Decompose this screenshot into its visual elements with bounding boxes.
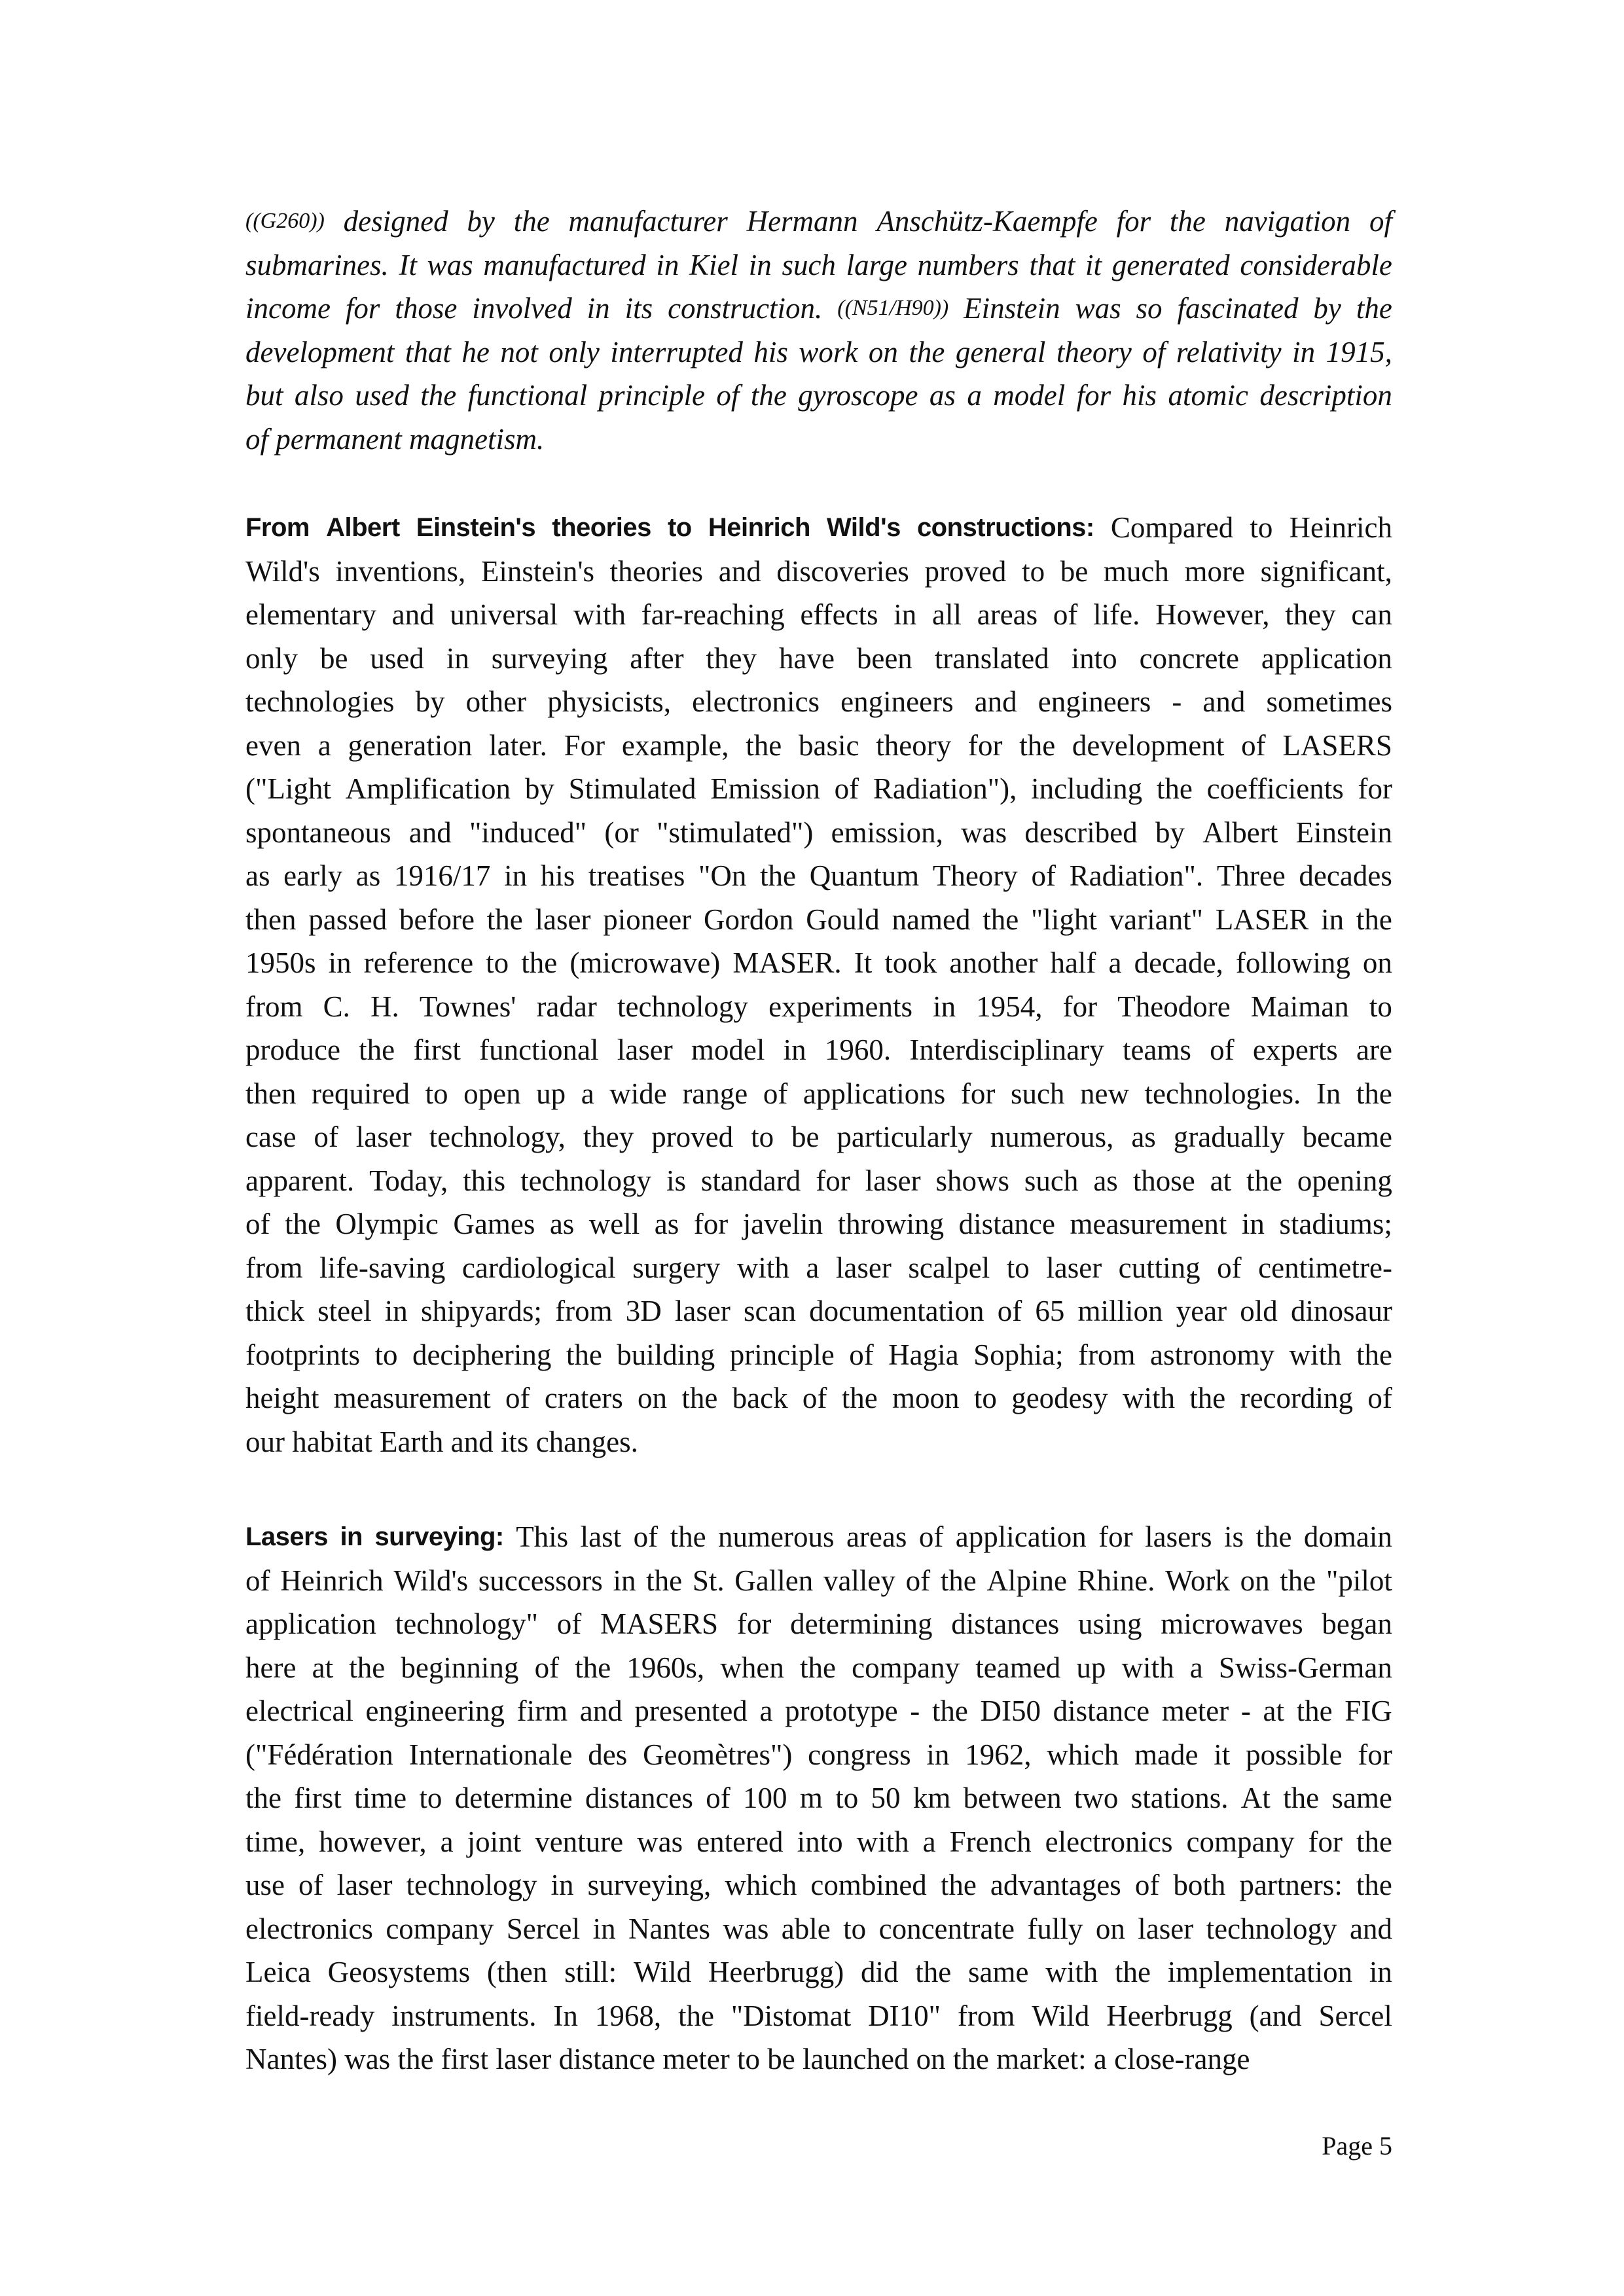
- word: into: [1072, 637, 1117, 681]
- word: electrical: [245, 1689, 353, 1733]
- word: concrete: [1140, 637, 1239, 681]
- paragraph-lasers-in-surveying: Lasersinsurveying:Thislastofthenumerousa…: [245, 1515, 1392, 2081]
- word: still:: [564, 1950, 617, 1994]
- section-lead-heading: in: [340, 1515, 363, 1559]
- section-lead-heading: Einstein's: [416, 506, 535, 550]
- text-line: hereatthebeginningofthe1960s,whenthecomp…: [245, 1646, 1392, 1690]
- word: a: [1094, 2037, 1107, 2081]
- text-line: apparent.Today,thistechnologyisstandardf…: [245, 1159, 1392, 1203]
- word: in: [385, 1289, 408, 1333]
- word: Gallen: [734, 1559, 813, 1603]
- word: geodesy: [1011, 1376, 1108, 1420]
- word: for: [816, 1159, 850, 1203]
- word: moon: [892, 1376, 960, 1420]
- word: of: [1369, 200, 1392, 243]
- text-line: oftheOlympicGamesaswellasforjavelinthrow…: [245, 1202, 1392, 1246]
- word: Theory: [933, 854, 1018, 898]
- word: all: [932, 593, 962, 637]
- word: 1915,: [1326, 331, 1392, 374]
- word: half: [1050, 941, 1096, 985]
- word: the: [1157, 767, 1193, 811]
- word: in: [587, 287, 610, 331]
- document-page: ((G260))designedbythemanufacturerHermann…: [0, 0, 1624, 2296]
- word: of: [298, 1863, 323, 1907]
- word: Emission: [710, 767, 820, 811]
- word: laser: [1138, 1907, 1193, 1951]
- word: stations.: [1131, 1776, 1229, 1820]
- word: in: [593, 1907, 616, 1951]
- word: of: [1031, 854, 1056, 898]
- word: was: [427, 243, 473, 287]
- word: km: [913, 1776, 951, 1820]
- word: for: [1098, 1515, 1132, 1559]
- word: elementary: [245, 593, 376, 637]
- word: model: [691, 1028, 765, 1072]
- word: general: [956, 331, 1045, 374]
- word: model: [993, 374, 1065, 418]
- word: his: [753, 331, 788, 374]
- word: much: [1104, 550, 1169, 594]
- word: 50: [871, 1776, 901, 1820]
- word: pioneer: [603, 898, 691, 942]
- word: in: [1242, 1202, 1265, 1246]
- word: of: [1053, 593, 1078, 637]
- word: our: [245, 1420, 285, 1464]
- word: to: [425, 1072, 448, 1116]
- word: instruments.: [391, 1994, 536, 2038]
- word: and: [1202, 680, 1245, 724]
- word: required: [312, 1072, 410, 1116]
- text-line: Lasersinsurveying:Thislastofthenumerousa…: [245, 1515, 1392, 1559]
- word: using: [1078, 1602, 1142, 1646]
- word: named: [892, 898, 971, 942]
- word: been: [857, 637, 912, 681]
- word: became: [1303, 1115, 1392, 1159]
- word: spontaneous: [245, 811, 391, 855]
- word: with: [573, 593, 626, 637]
- text-line: ("LightAmplificationbyStimulatedEmission…: [245, 767, 1392, 811]
- word: Quantum: [810, 854, 919, 898]
- word: Sophia;: [973, 1333, 1064, 1377]
- word: with: [1122, 1646, 1174, 1690]
- text-line: Nantes)wasthefirstlaserdistancemetertobe…: [245, 2037, 1392, 2081]
- word: Heerbrugg): [708, 1950, 844, 1994]
- word: congress: [808, 1733, 911, 1777]
- word: beginning: [401, 1646, 518, 1690]
- word: that: [405, 331, 451, 374]
- word: ("Fédération: [245, 1733, 393, 1777]
- word: fully: [1027, 1907, 1083, 1951]
- word: such: [782, 243, 836, 287]
- word: documentation: [809, 1289, 984, 1333]
- word: numbers: [918, 243, 1019, 287]
- word: large: [846, 243, 907, 287]
- word: sometimes: [1267, 680, 1392, 724]
- word: possible: [1246, 1733, 1343, 1777]
- word: its: [625, 287, 653, 331]
- section-lead-heading: Heinrich: [708, 506, 810, 550]
- word: the: [1283, 1776, 1319, 1820]
- word: another: [949, 941, 1038, 985]
- word: in: [504, 854, 527, 898]
- word: the: [1280, 1559, 1316, 1603]
- word: permanent: [276, 418, 401, 461]
- word: but: [245, 374, 283, 418]
- word: did: [861, 1950, 899, 1994]
- word: implementation: [1168, 1950, 1352, 1994]
- word: valley: [823, 1559, 895, 1603]
- word: to: [1022, 550, 1045, 594]
- word: principle: [730, 1333, 835, 1377]
- word: by: [416, 680, 445, 724]
- word: measurement: [1070, 1202, 1227, 1246]
- word: to: [419, 1776, 442, 1820]
- word: laser: [356, 1115, 412, 1159]
- word: technologies.: [1145, 1072, 1301, 1116]
- word: partners:: [1239, 1863, 1342, 1907]
- word: into: [797, 1820, 843, 1864]
- word: functional: [468, 374, 587, 418]
- word: proved: [924, 550, 1006, 594]
- word: fascinated: [1178, 287, 1299, 331]
- word: then: [245, 1072, 296, 1116]
- word: In: [1316, 1072, 1341, 1116]
- word: experts: [1253, 1028, 1338, 1072]
- word: "light: [1031, 898, 1097, 942]
- word: launched: [803, 2037, 909, 2081]
- text-line: useoflasertechnologyinsurveying,whichcom…: [245, 1863, 1392, 1907]
- word: first: [294, 1776, 342, 1820]
- word: to: [974, 1376, 997, 1420]
- word: a: [441, 1820, 454, 1864]
- word: Heinrich: [280, 1559, 383, 1603]
- word: scan: [744, 1289, 796, 1333]
- word: and: [1350, 1907, 1392, 1951]
- word: steel: [317, 1289, 371, 1333]
- word: atomic: [1168, 374, 1248, 418]
- word: "On: [698, 854, 746, 898]
- word: for: [346, 287, 380, 331]
- word: they: [583, 1115, 634, 1159]
- word: was: [1075, 287, 1121, 331]
- word: surveying: [492, 637, 607, 681]
- word: the: [751, 374, 787, 418]
- word: of: [1142, 331, 1165, 374]
- word: 1962,: [965, 1733, 1031, 1777]
- word: MASER.: [732, 941, 841, 985]
- word: for: [1077, 374, 1111, 418]
- word: of: [535, 1646, 560, 1690]
- word: company: [386, 1907, 494, 1951]
- word: relativity: [1176, 331, 1282, 374]
- word: ("Light: [245, 767, 331, 811]
- word: engineers: [1038, 680, 1151, 724]
- word: two: [1074, 1776, 1119, 1820]
- section-lead-heading: theories: [552, 506, 651, 550]
- word: "Distomat: [731, 1994, 851, 2038]
- word: was: [961, 811, 1007, 855]
- word: This: [516, 1515, 568, 1559]
- word: those: [1133, 1159, 1195, 1203]
- word: only: [549, 331, 599, 374]
- word: same: [1331, 1776, 1392, 1820]
- word: to: [486, 941, 509, 985]
- word: shipyards;: [421, 1289, 542, 1333]
- text-line: 1950sinreferencetothe(microwave)MASER.It…: [245, 941, 1392, 985]
- word: interrupted: [610, 331, 742, 374]
- word: with: [857, 1820, 909, 1864]
- word: of: [763, 1072, 788, 1116]
- word: Geomètres"): [643, 1733, 792, 1777]
- word: for: [961, 1072, 995, 1116]
- word: H.: [370, 985, 399, 1029]
- word: navigation: [1225, 200, 1350, 243]
- word: areas: [977, 593, 1038, 637]
- word: to: [374, 1333, 397, 1377]
- word: concentrate: [879, 1907, 1015, 1951]
- word: dinosaur: [1291, 1289, 1392, 1333]
- word: of: [906, 1559, 931, 1603]
- word: Gordon: [704, 898, 793, 942]
- word: Alpine: [986, 1559, 1066, 1603]
- word: work: [799, 331, 857, 374]
- word: the: [760, 854, 796, 898]
- word: a: [318, 724, 331, 768]
- word: opening: [1297, 1159, 1392, 1203]
- word: of: [634, 1515, 659, 1559]
- word: height: [245, 1376, 319, 1420]
- word: of: [1367, 1376, 1392, 1420]
- word: the: [1246, 1159, 1282, 1203]
- word: meter: [1162, 1689, 1229, 1733]
- word: development: [1072, 724, 1224, 768]
- word: distance: [1053, 1689, 1149, 1733]
- word: gradually: [1174, 1115, 1285, 1159]
- word: on: [1240, 1559, 1270, 1603]
- word: this: [463, 1159, 505, 1203]
- word: as: [1131, 1115, 1156, 1159]
- word: here: [245, 1646, 296, 1690]
- word: Wild: [634, 1950, 691, 1994]
- word: with: [737, 1246, 789, 1290]
- section-lead-heading: Wild's: [827, 506, 901, 550]
- word: application: [956, 1515, 1087, 1559]
- word: Compared: [1111, 506, 1233, 550]
- word: case: [245, 1115, 296, 1159]
- word: shows: [935, 1159, 1009, 1203]
- word: however,: [319, 1820, 426, 1864]
- word: they: [1285, 593, 1335, 637]
- word: (microwave): [569, 941, 720, 985]
- word: to: [1369, 985, 1392, 1029]
- word: and: [392, 593, 435, 637]
- word: the: [1356, 1072, 1392, 1116]
- word: from: [245, 985, 302, 1029]
- text-line: ofpermanentmagnetism.: [245, 418, 1392, 461]
- word: by: [1313, 287, 1341, 331]
- word: development: [245, 331, 394, 374]
- text-line: thefirsttimetodeterminedistancesof100mto…: [245, 1776, 1392, 1820]
- word: the: [1170, 200, 1206, 243]
- word: old: [1240, 1289, 1278, 1333]
- word: the: [521, 941, 557, 985]
- word: of: [1217, 1246, 1242, 1290]
- word: electronics: [692, 680, 820, 724]
- text-line: ((G260))designedbythemanufacturerHermann…: [245, 200, 1392, 243]
- word: the: [397, 2037, 433, 2081]
- word: cutting: [1119, 1246, 1200, 1290]
- word: the: [953, 2037, 989, 2081]
- word: technology": [395, 1602, 538, 1646]
- word: decades: [1299, 854, 1392, 898]
- word: of: [314, 1115, 338, 1159]
- word: the: [1356, 1820, 1392, 1864]
- text-line: ("FédérationInternationaledesGeomètres")…: [245, 1733, 1392, 1777]
- word: technology: [520, 1159, 651, 1203]
- word: so: [1136, 287, 1163, 331]
- word: he: [461, 331, 489, 374]
- word: manufacturer: [568, 200, 727, 243]
- word: the: [1255, 1515, 1291, 1559]
- word: on: [869, 331, 898, 374]
- word: the: [1297, 1689, 1333, 1733]
- word: reference: [364, 941, 473, 985]
- word: determine: [455, 1776, 573, 1820]
- word: in: [656, 243, 679, 287]
- word: radar: [536, 985, 596, 1029]
- word: domain: [1304, 1515, 1392, 1559]
- word: for: [737, 1602, 771, 1646]
- word: made: [1134, 1733, 1198, 1777]
- word: C.: [323, 985, 350, 1029]
- text-line: spontaneousand"induced"(or"stimulated")e…: [245, 811, 1392, 855]
- section-lead-heading: constructions:: [917, 506, 1094, 550]
- word: (or: [604, 811, 638, 855]
- word: gyroscope: [798, 374, 918, 418]
- word: laser: [496, 2037, 551, 2081]
- text-line: thicksteelinshipyards;from3Dlaserscandoc…: [245, 1289, 1392, 1333]
- word: far-reaching: [641, 593, 785, 637]
- word: craters: [545, 1376, 623, 1420]
- paragraph-einstein-to-wild: FromAlbertEinstein'stheoriestoHeinrichWi…: [245, 506, 1392, 1463]
- word: was: [637, 1820, 683, 1864]
- word: universal: [450, 593, 558, 637]
- word: the: [1356, 1863, 1392, 1907]
- word: firm: [517, 1689, 568, 1733]
- word: cardiological: [462, 1246, 616, 1290]
- word: Gould: [806, 898, 880, 942]
- word: the: [487, 898, 523, 942]
- word: which: [725, 1863, 797, 1907]
- word: involved: [472, 287, 571, 331]
- word: standard: [701, 1159, 801, 1203]
- word: to: [1007, 1246, 1030, 1290]
- word: venture: [535, 1820, 623, 1864]
- word: Radiation"),: [873, 767, 1017, 811]
- text-line: ourhabitatEarthanditschanges.: [245, 1420, 1392, 1464]
- word: the: [842, 1376, 878, 1420]
- word: company: [1187, 1820, 1295, 1864]
- word: the: [670, 1515, 706, 1559]
- word: generation: [348, 724, 472, 768]
- word: then: [245, 898, 296, 942]
- text-line: FromAlbertEinstein'stheoriestoHeinrichWi…: [245, 506, 1392, 550]
- word: effects: [800, 593, 878, 637]
- word: proved: [651, 1115, 733, 1159]
- word: million: [1078, 1289, 1163, 1333]
- word: 65: [1035, 1289, 1064, 1333]
- word: the: [1115, 1950, 1151, 1994]
- word: of: [706, 1776, 731, 1820]
- word: laser: [535, 898, 591, 942]
- text-line: evenagenerationlater.Forexample,thebasic…: [245, 724, 1392, 768]
- word: as: [356, 854, 381, 898]
- word: life-saving: [319, 1246, 445, 1290]
- word: decade,: [1134, 941, 1223, 985]
- word: submarines.: [245, 243, 389, 287]
- word: Wild: [1032, 1994, 1089, 2038]
- word: thick: [245, 1289, 304, 1333]
- word: from: [1078, 1333, 1135, 1377]
- word: range: [682, 1072, 748, 1116]
- word: of: [1210, 1028, 1235, 1072]
- word: Townes': [420, 985, 516, 1029]
- section-lead-heading: Lasers: [245, 1515, 328, 1559]
- word: including: [1031, 767, 1142, 811]
- word: the: [1356, 898, 1392, 942]
- word: considerable: [1240, 243, 1392, 287]
- word: not: [500, 331, 538, 374]
- word: 1954,: [976, 985, 1042, 1029]
- section-lead-heading: Albert: [326, 506, 400, 550]
- word: income: [245, 287, 331, 331]
- word: Stimulated: [569, 767, 696, 811]
- word: emission,: [831, 811, 943, 855]
- word: well: [589, 1202, 640, 1246]
- word: time,: [245, 1820, 305, 1864]
- word: back: [732, 1376, 788, 1420]
- word: between: [964, 1776, 1062, 1820]
- text-line: fromC.H.Townes'radartechnologyexperiment…: [245, 985, 1392, 1029]
- word: Nantes): [245, 2037, 337, 2081]
- text-line: incomeforthoseinvolvedinitsconstruction.…: [245, 287, 1392, 331]
- word: up: [1076, 1646, 1106, 1690]
- word: first: [441, 2037, 489, 2081]
- text-line: heightmeasurementofcratersonthebackofthe…: [245, 1376, 1392, 1420]
- word: can: [1351, 593, 1392, 637]
- word: of: [245, 1559, 270, 1603]
- word: produce: [245, 1028, 340, 1072]
- word: his: [1123, 374, 1157, 418]
- word: However,: [1155, 593, 1269, 637]
- word: laser: [836, 1246, 892, 1290]
- word: the: [678, 1994, 714, 2038]
- word: in: [613, 1559, 636, 1603]
- word: be: [767, 2037, 795, 2081]
- word: of: [1135, 1863, 1160, 1907]
- word: Work: [1165, 1559, 1230, 1603]
- text-line: butalsousedthefunctionalprincipleofthegy…: [245, 374, 1392, 418]
- word: experiments: [768, 985, 912, 1029]
- word: principle: [599, 374, 705, 418]
- word: by: [1155, 811, 1185, 855]
- word: surgery: [632, 1246, 720, 1290]
- word: more: [1185, 550, 1245, 594]
- word: St.: [693, 1559, 725, 1603]
- word: last: [581, 1515, 622, 1559]
- word: use: [245, 1863, 285, 1907]
- text-line: onlybeusedinsurveyingaftertheyhavebeentr…: [245, 637, 1392, 681]
